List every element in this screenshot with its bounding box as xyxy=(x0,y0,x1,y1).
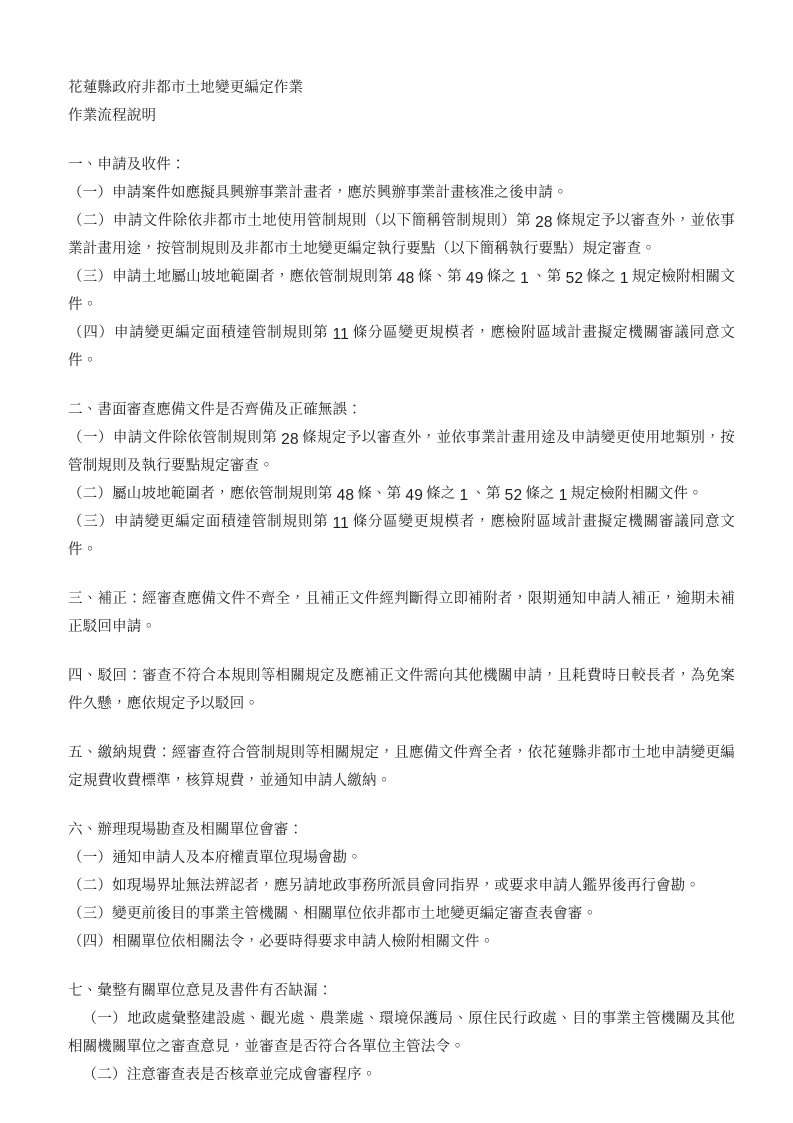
section-2-item-1: （一）申請文件除依管制規則第28條規定予以審查外，並依事業計畫用途及申請變更使用… xyxy=(68,424,735,480)
section-1-application-and-receipt: 一、申請及收件： （一）申請案件如應擬具興辦事業計畫者，應於興辦事業計畫核准之後… xyxy=(68,151,735,375)
section-6-item-1: （一）通知申請人及本府權責單位現場會勘。 xyxy=(68,844,735,872)
section-5-heading: 五、繳納規費：經審查符合管制規則等相關規定，且應備文件齊全者，依花蓮縣非都市土地… xyxy=(68,739,735,795)
document-title: 花蓮縣政府非都市土地變更編定作業 xyxy=(68,74,735,102)
section-7-heading: 七、彙整有關單位意見及書件有否缺漏： xyxy=(68,977,735,1005)
section-3-heading: 三、補正：經審查應備文件不齊全，且補正文件經判斷得立即補附者，限期通知申請人補正… xyxy=(68,585,735,641)
section-2-item-3: （三）申請變更編定面積達管制規則第11條分區變更規模者，應檢附區域計畫擬定機關審… xyxy=(68,508,735,564)
section-5-fee-payment: 五、繳納規費：經審查符合管制規則等相關規定，且應備文件齊全者，依花蓮縣非都市土地… xyxy=(68,739,735,795)
document-subtitle: 作業流程說明 xyxy=(68,102,735,130)
section-1-item-2: （二）申請文件除依非都市土地使用管制規則（以下簡稱管制規則）第28條規定予以審查… xyxy=(68,207,735,263)
section-1-item-1: （一）申請案件如應擬具興辦事業計畫者，應於興辦事業計畫核准之後申請。 xyxy=(68,179,735,207)
section-3-supplementation: 三、補正：經審查應備文件不齊全，且補正文件經判斷得立即補附者，限期通知申請人補正… xyxy=(68,585,735,641)
section-1-item-4: （四）申請變更編定面積達管制規則第11條分區變更規模者，應檢附區域計畫擬定機關審… xyxy=(68,319,735,375)
section-4-heading: 四、駁回：審查不符合本規則等相關規定及應補正文件需向其他機關申請，且耗費時日較長… xyxy=(68,662,735,718)
section-6-item-3: （三）變更前後目的事業主管機關、相關單位依非都市土地變更編定審查表會審。 xyxy=(68,900,735,928)
section-1-item-3: （三）申請土地屬山坡地範圍者，應依管制規則第48條、第49條之1、第52條之1規… xyxy=(68,263,735,319)
section-6-heading: 六、辦理現場勘查及相關單位會審： xyxy=(68,816,735,844)
section-7-item-2: （二）注意審查表是否核章並完成會審程序。 xyxy=(68,1061,735,1089)
section-6-site-inspection: 六、辦理現場勘查及相關單位會審： （一）通知申請人及本府權責單位現場會勘。 （二… xyxy=(68,816,735,956)
section-6-item-2: （二）如現場界址無法辨認者，應另請地政事務所派員會同指界，或要求申請人鑑界後再行… xyxy=(68,872,735,900)
section-6-item-4: （四）相關單位依相關法令，必要時得要求申請人檢附相關文件。 xyxy=(68,928,735,956)
section-4-rejection: 四、駁回：審查不符合本規則等相關規定及應補正文件需向其他機關申請，且耗費時日較長… xyxy=(68,662,735,718)
section-2-heading: 二、書面審查應備文件是否齊備及正確無誤： xyxy=(68,396,735,424)
document-header: 花蓮縣政府非都市土地變更編定作業 作業流程說明 xyxy=(68,74,735,130)
section-2-item-2: （二）屬山坡地範圍者，應依管制規則第48條、第49條之1、第52條之1規定檢附相… xyxy=(68,480,735,508)
section-7-item-1: （一）地政處彙整建設處、觀光處、農業處、環境保護局、原住民行政處、目的事業主管機… xyxy=(68,1005,735,1061)
section-2-written-review: 二、書面審查應備文件是否齊備及正確無誤： （一）申請文件除依管制規則第28條規定… xyxy=(68,396,735,564)
section-1-heading: 一、申請及收件： xyxy=(68,151,735,179)
document-page: 花蓮縣政府非都市土地變更編定作業 作業流程說明 一、申請及收件： （一）申請案件… xyxy=(0,0,793,1123)
section-7-consolidating-opinions: 七、彙整有關單位意見及書件有否缺漏： （一）地政處彙整建設處、觀光處、農業處、環… xyxy=(68,977,735,1089)
